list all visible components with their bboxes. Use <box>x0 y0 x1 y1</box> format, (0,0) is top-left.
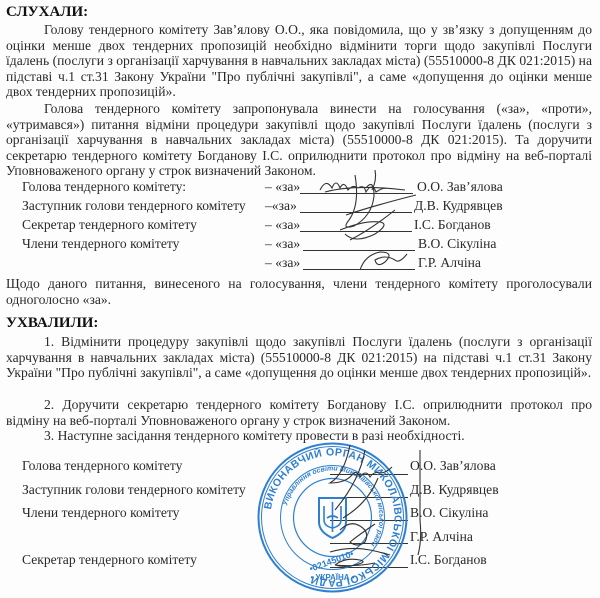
vote-role: Секретар тендерного комітету <box>22 217 197 233</box>
signature-role: Заступник голови тендерного комітету <box>22 482 246 498</box>
vote-role: Члени тендерного комітету <box>22 236 179 252</box>
section-heading-heard: СЛУХАЛИ: <box>6 4 88 21</box>
resolution-item-2: 2. Доручити секретарю тендерного комітет… <box>6 397 592 428</box>
handwritten-signatures-final <box>310 440 430 580</box>
resolution-item-1: 1. Відмінити процедуру закупівлі щодо за… <box>6 334 592 381</box>
heard-paragraph-1: Голову тендерного комітету Зав’ялову О.О… <box>6 22 592 100</box>
signature-role: Члени тендерного комітету <box>22 505 179 521</box>
vote-value: – «за» <box>265 217 300 233</box>
signature-role: Голова тендерного комітету <box>22 458 182 474</box>
heard-paragraph-2: Голова тендерного комітету запропонувала… <box>6 101 592 179</box>
vote-value: – «за» <box>265 179 300 195</box>
document-page: СЛУХАЛИ: Голову тендерного комітету Зав’… <box>0 0 600 598</box>
vote-role: Голова тендерного комітету: <box>22 179 186 195</box>
handwritten-signatures <box>300 160 440 275</box>
section-heading-resolved: УХВАЛИЛИ: <box>6 315 98 332</box>
vote-role: Заступник голови тендерного комітету <box>22 198 246 214</box>
vote-value: – «за» <box>265 255 300 271</box>
vote-value: – «за» <box>265 236 300 252</box>
vote-value: –«за» <box>265 198 297 214</box>
signature-role: Секретар тендерного комітету <box>22 552 197 568</box>
voting-conclusion: Щодо даного питання, винесеного на голос… <box>6 276 592 307</box>
